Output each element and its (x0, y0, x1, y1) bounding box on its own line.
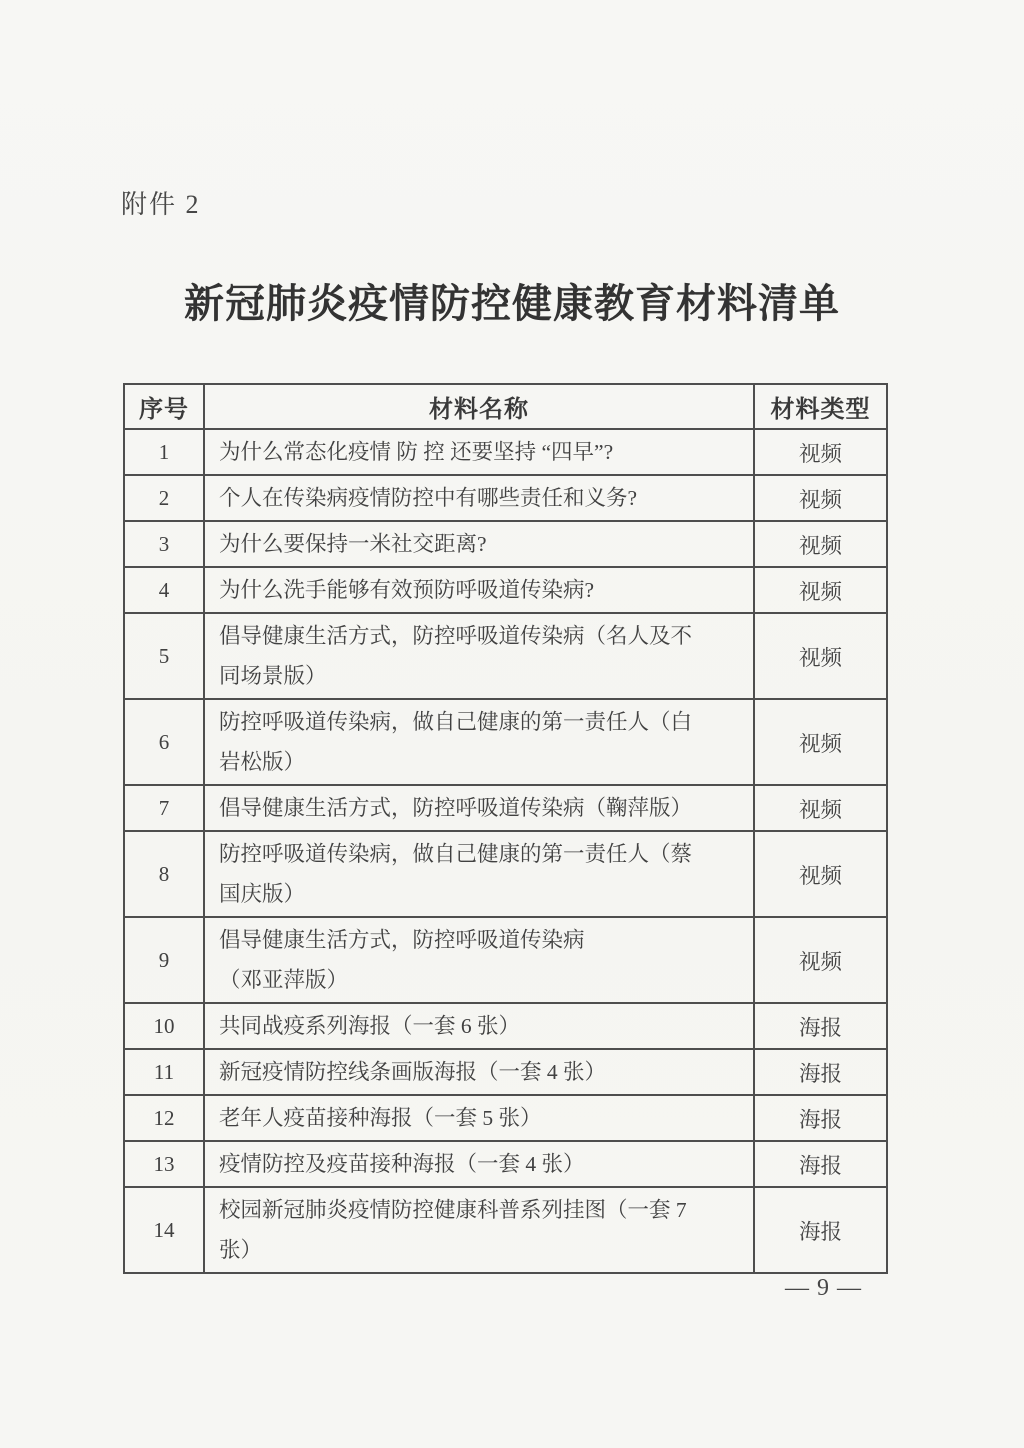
row-name-cell: 疫情防控及疫苗接种海报（一套 4 张） (204, 1141, 754, 1187)
row-name-cell: 个人在传染病疫情防控中有哪些责任和义务? (204, 475, 754, 521)
row-type-cell: 视频 (754, 785, 887, 831)
row-no-cell: 13 (124, 1141, 204, 1187)
row-type-cell: 视频 (754, 475, 887, 521)
row-name-cell: 校园新冠肺炎疫情防控健康科普系列挂图（一套 7 张） (204, 1187, 754, 1273)
attachment-label: 附件 2 (121, 184, 201, 221)
row-no-cell: 12 (124, 1095, 204, 1141)
table-row: 2 个人在传染病疫情防控中有哪些责任和义务? 视频 (124, 475, 887, 521)
table-row: 1 为什么常态化疫情 防 控 还要坚持 “四早”? 视频 (124, 429, 887, 475)
table-row: 7 倡导健康生活方式，防控呼吸道传染病（鞠萍版） 视频 (124, 785, 887, 831)
row-name-cell: 新冠疫情防控线条画版海报（一套 4 张） (204, 1049, 754, 1095)
row-no-cell: 7 (124, 785, 204, 831)
table-row: 8 防控呼吸道传染病，做自己健康的第一责任人（蔡 国庆版） 视频 (124, 831, 887, 917)
materials-table: 序号 材料名称 材料类型 1 为什么常态化疫情 防 控 还要坚持 “四早”? 视… (123, 383, 888, 1274)
row-type-cell: 视频 (754, 917, 887, 1003)
table-row: 12 老年人疫苗接种海报（一套 5 张） 海报 (124, 1095, 887, 1141)
table-header-row: 序号 材料名称 材料类型 (124, 384, 887, 429)
table-row: 10 共同战疫系列海报（一套 6 张） 海报 (124, 1003, 887, 1049)
table-row: 11 新冠疫情防控线条画版海报（一套 4 张） 海报 (124, 1049, 887, 1095)
row-type-cell: 视频 (754, 831, 887, 917)
document-page: 附件 2 新冠肺炎疫情防控健康教育材料清单 序号 材料名称 材料类型 1 为什么… (0, 0, 1024, 1448)
table-row: 4 为什么洗手能够有效预防呼吸道传染病? 视频 (124, 567, 887, 613)
row-type-cell: 海报 (754, 1095, 887, 1141)
row-type-cell: 视频 (754, 521, 887, 567)
row-type-cell: 视频 (754, 567, 887, 613)
row-name-cell: 倡导健康生活方式，防控呼吸道传染病（鞠萍版） (204, 785, 754, 831)
row-no-cell: 8 (124, 831, 204, 917)
row-name-cell: 为什么常态化疫情 防 控 还要坚持 “四早”? (204, 429, 754, 475)
page-number: — 9 — (785, 1275, 862, 1302)
row-name-cell: 防控呼吸道传染病，做自己健康的第一责任人（白 岩松版） (204, 699, 754, 785)
header-name: 材料名称 (204, 384, 754, 429)
row-no-cell: 10 (124, 1003, 204, 1049)
row-no-cell: 1 (124, 429, 204, 475)
table-row: 9 倡导健康生活方式，防控呼吸道传染病 （邓亚萍版） 视频 (124, 917, 887, 1003)
header-no: 序号 (124, 384, 204, 429)
row-no-cell: 6 (124, 699, 204, 785)
row-type-cell: 视频 (754, 699, 887, 785)
table-row: 5 倡导健康生活方式，防控呼吸道传染病（名人及不 同场景版） 视频 (124, 613, 887, 699)
row-type-cell: 海报 (754, 1187, 887, 1273)
row-no-cell: 11 (124, 1049, 204, 1095)
row-no-cell: 4 (124, 567, 204, 613)
row-name-cell: 为什么洗手能够有效预防呼吸道传染病? (204, 567, 754, 613)
row-name-cell: 为什么要保持一米社交距离? (204, 521, 754, 567)
table-row: 13 疫情防控及疫苗接种海报（一套 4 张） 海报 (124, 1141, 887, 1187)
row-no-cell: 9 (124, 917, 204, 1003)
row-type-cell: 海报 (754, 1003, 887, 1049)
row-no-cell: 2 (124, 475, 204, 521)
table-row: 6 防控呼吸道传染病，做自己健康的第一责任人（白 岩松版） 视频 (124, 699, 887, 785)
row-name-cell: 倡导健康生活方式，防控呼吸道传染病 （邓亚萍版） (204, 917, 754, 1003)
row-type-cell: 海报 (754, 1049, 887, 1095)
page-title: 新冠肺炎疫情防控健康教育材料清单 (0, 272, 1024, 329)
header-type: 材料类型 (754, 384, 887, 429)
row-no-cell: 5 (124, 613, 204, 699)
row-no-cell: 14 (124, 1187, 204, 1273)
table-row: 3 为什么要保持一米社交距离? 视频 (124, 521, 887, 567)
row-no-cell: 3 (124, 521, 204, 567)
row-name-cell: 共同战疫系列海报（一套 6 张） (204, 1003, 754, 1049)
row-type-cell: 海报 (754, 1141, 887, 1187)
row-name-cell: 防控呼吸道传染病，做自己健康的第一责任人（蔡 国庆版） (204, 831, 754, 917)
table-row: 14 校园新冠肺炎疫情防控健康科普系列挂图（一套 7 张） 海报 (124, 1187, 887, 1273)
row-type-cell: 视频 (754, 429, 887, 475)
row-name-cell: 老年人疫苗接种海报（一套 5 张） (204, 1095, 754, 1141)
row-type-cell: 视频 (754, 613, 887, 699)
row-name-cell: 倡导健康生活方式，防控呼吸道传染病（名人及不 同场景版） (204, 613, 754, 699)
